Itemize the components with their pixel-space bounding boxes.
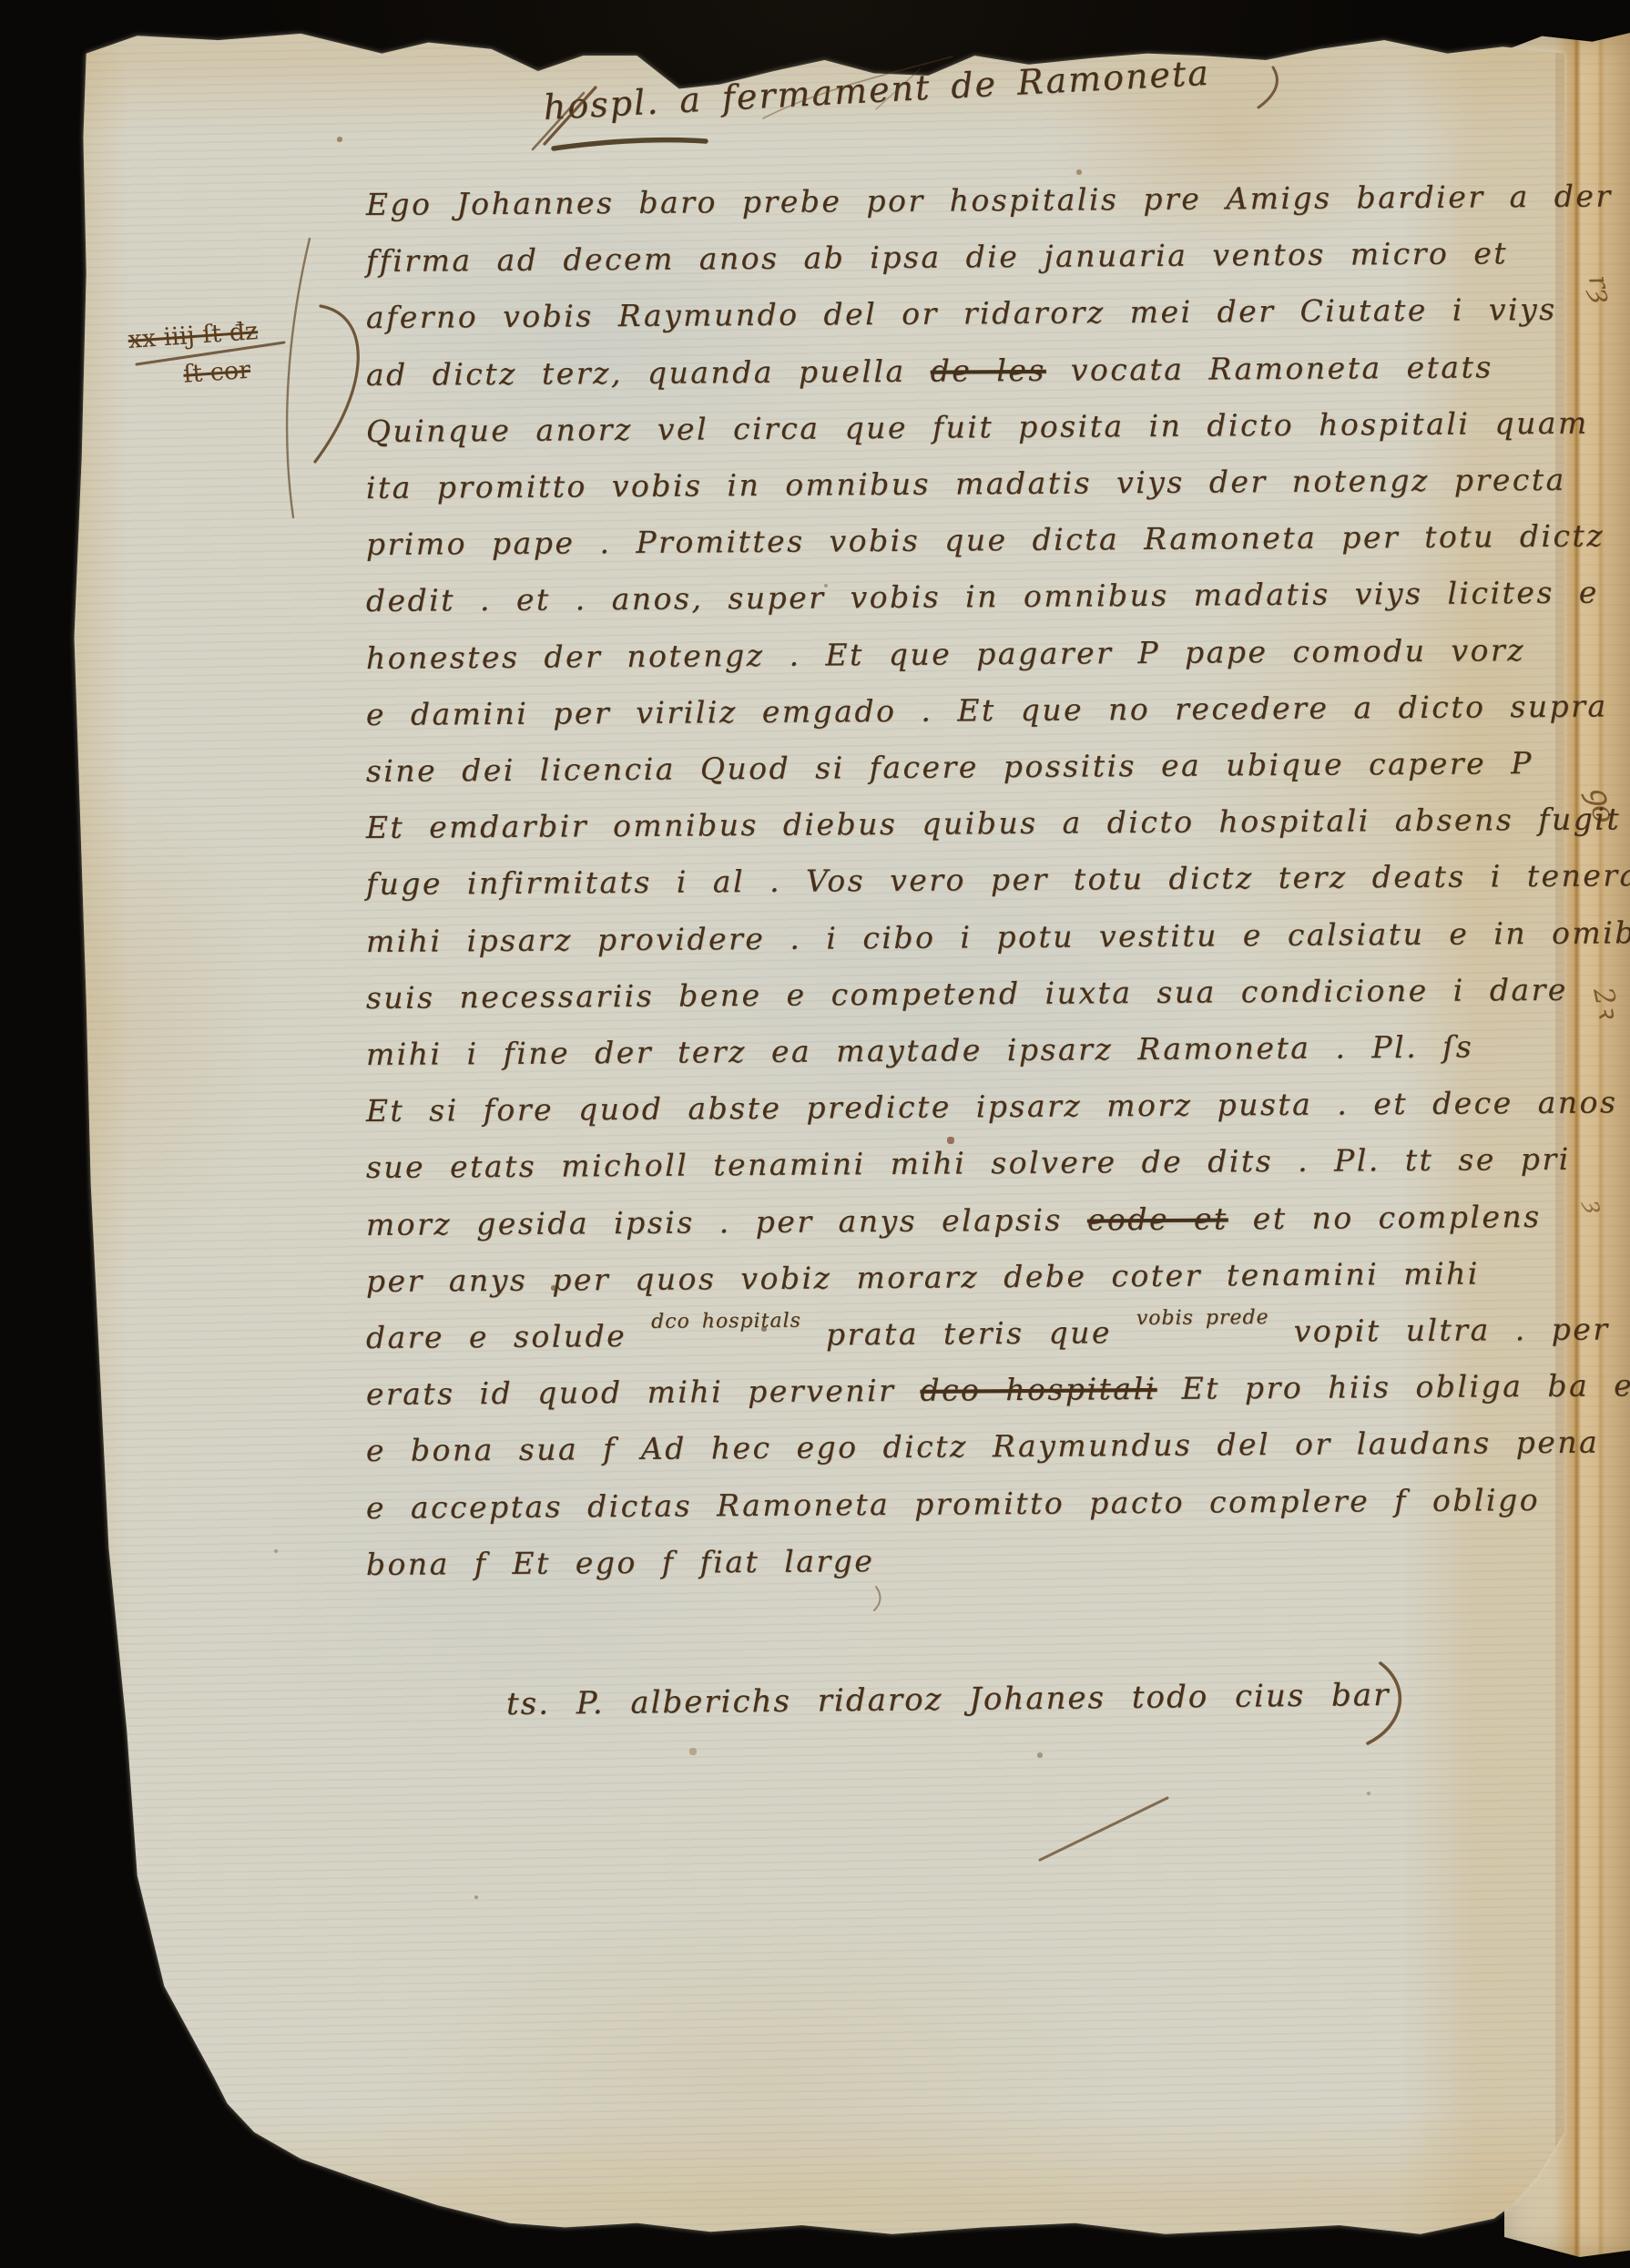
interlinear-insertion: vobis prede [1136,1306,1269,1330]
manuscript-line: mihi ipsarz providere . i cibo i potu ve… [366,914,1630,959]
manuscript-line: ffirma ad decem anos ab ipsa die januari… [366,235,1508,279]
manuscript-line: ita promitto vobis in omnibus madatis vi… [366,462,1566,506]
line-text: Ego Johannes baro prebe por hospitalis p… [366,178,1613,222]
line-text: suis necessariis bene e competend iuxta … [366,972,1568,1016]
line-text: vocata Ramoneta etats [1046,349,1493,387]
manuscript-line: suis necessariis bene e competend iuxta … [366,972,1568,1016]
line-text: per anys per quos vobiz morarz debe cote… [366,1255,1480,1299]
manuscript-line: morz gesida ipsis . per anys elapsis eod… [366,1199,1542,1242]
interlinear-insertion: dco hospitals [651,1310,801,1333]
manuscript-line: e damini per viriliz emgado . Et que no … [366,688,1608,732]
manuscript-line: bona f Et ego f fiat large [366,1543,875,1582]
manuscript-lines: Ego Johannes baro prebe por hospitalis p… [0,0,1630,2268]
line-text: ffirma ad decem anos ab ipsa die januari… [366,235,1508,279]
line-text: fuge infirmitats i al . Vos vero per tot… [366,858,1630,903]
line-text: Et emdarbir omnibus diebus quibus a dict… [366,801,1630,846]
line-text: mihi i fine der terz ea maytade ipsarz R… [366,1029,1474,1072]
ink-speckles [0,0,2,2]
manuscript-line: dare e solude dco hospitals prata teris … [366,1310,1630,1355]
manuscript-line: dedit . et . anos, super vobis in omnibu… [366,575,1599,618]
line-text: et no complens [1228,1199,1542,1236]
line-text: erats id quod mihi pervenir [366,1373,921,1412]
line-text: e damini per viriliz emgado . Et que no … [366,688,1608,732]
line-text: ad dictz terz, quanda puella [366,352,931,392]
line-text: Et si fore quod abste predicte ipsarz mo… [366,1085,1618,1129]
line-text: e acceptas dictas Ramoneta promitto pact… [366,1482,1540,1526]
manuscript-line: erats id quod mihi pervenir dco hospital… [366,1366,1630,1412]
manuscript-line: primo pape . Promittes vobis que dicta R… [366,517,1630,562]
manuscript-line: aferno vobis Raymundo del or ridarorz me… [366,291,1557,335]
manuscript-line: Et si fore quod abste predicte ipsarz mo… [366,1085,1618,1129]
struck-word: de les [931,352,1046,388]
manuscript-line: fuge infirmitats i al . Vos vero per tot… [366,858,1630,903]
struck-word: dco hospitali [920,1371,1157,1408]
manuscript-line: e acceptas dictas Ramoneta promitto pact… [366,1482,1540,1526]
line-text: bona f Et ego f fiat large [366,1543,875,1582]
manuscript-line: Quinque anorz vel circa que fuit posita … [366,404,1589,448]
manuscript-line: per anys per quos vobiz morarz debe cote… [366,1255,1480,1299]
manuscript-line: sue etats micholl tenamini mihi solvere … [366,1141,1571,1185]
manuscript-line: e bona sua f Ad hec ego dictz Raymundus … [366,1425,1600,1468]
manuscript-line: ad dictz terz, quanda puella de les voca… [366,349,1493,393]
line-text: primo pape . Promittes vobis que dicta R… [366,517,1630,562]
line-text: Quinque anorz vel circa que fuit posita … [366,404,1589,448]
line-text: sue etats micholl tenamini mihi solvere … [366,1141,1571,1185]
line-text: mihi ipsarz providere . i cibo i potu ve… [366,914,1630,959]
struck-word: eode et [1087,1200,1228,1237]
manuscript-photograph: rȝ ꝯo 2ꝛ ȝ hospl. a fermament de Ramonet… [0,0,1630,2268]
manuscript-line: Et emdarbir omnibus diebus quibus a dict… [366,801,1630,846]
line-text: aferno vobis Raymundo del or ridarorz me… [366,291,1557,335]
line-text: dare e solude [366,1318,652,1355]
manuscript-line: sine dei licencia Quod si facere possiti… [366,745,1533,789]
line-text: Et pro hiis obliga ba etatz puella [1156,1366,1630,1406]
manuscript-line: mihi i fine der terz ea maytade ipsarz R… [366,1029,1474,1072]
line-text: vopit ultra . per anos que [1269,1310,1630,1349]
line-text: ita promitto vobis in omnibus madatis vi… [366,462,1566,506]
manuscript-line: Ego Johannes baro prebe por hospitalis p… [366,178,1613,222]
line-text: sine dei licencia Quod si facere possiti… [366,745,1533,789]
line-text: honestes der notengz . Et que pagarer P … [366,632,1525,676]
line-text: prata teris que [801,1314,1136,1353]
manuscript-line: honestes der notengz . Et que pagarer P … [366,632,1525,676]
line-text: morz gesida ipsis . per anys elapsis [366,1201,1087,1242]
line-text: e bona sua f Ad hec ego dictz Raymundus … [366,1425,1600,1468]
line-text: dedit . et . anos, super vobis in omnibu… [366,575,1599,618]
